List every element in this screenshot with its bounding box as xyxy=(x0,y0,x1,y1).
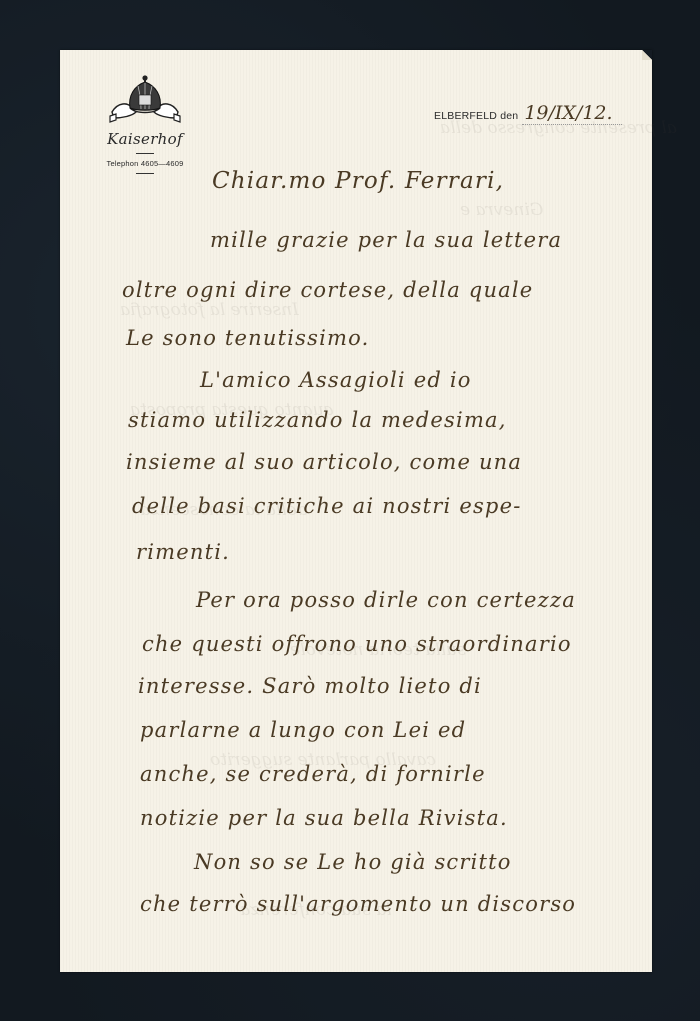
letter-line: oltre ogni dire cortese, della quale xyxy=(122,278,533,302)
letter-line: mille grazie per la sua lettera xyxy=(210,228,562,252)
letter-line: interesse. Sarò molto lieto di xyxy=(138,674,482,698)
letter-sheet: al presente congresso della Ginevra e In… xyxy=(60,50,652,972)
letter-line: L'amico Assagioli ed io xyxy=(200,368,472,392)
letter-line: insieme al suo articolo, come una xyxy=(126,450,522,474)
letter-line: notizie per la sua bella Rivista. xyxy=(140,806,508,830)
letter-line: delle basi critiche ai nostri espe- xyxy=(132,494,522,518)
letter-line: rimenti. xyxy=(136,540,230,564)
letter-line: che terrò sull'argomento un discorso xyxy=(140,892,576,916)
letter-line: anche, se crederà, di fornirle xyxy=(140,762,486,786)
letter-line: Per ora posso dirle con certezza xyxy=(196,588,576,612)
letter-line: che questi offrono uno straordinario xyxy=(142,632,572,656)
letter-body: Chiar.mo Prof. Ferrari, mille grazie per… xyxy=(60,50,652,972)
letter-line: stiamo utilizzando la medesima, xyxy=(128,408,507,432)
salutation: Chiar.mo Prof. Ferrari, xyxy=(212,168,504,194)
letter-line: parlarne a lungo con Lei ed xyxy=(140,718,466,742)
letter-line: Le sono tenutissimo. xyxy=(126,326,370,350)
letter-line: Non so se Le ho già scritto xyxy=(194,850,512,874)
